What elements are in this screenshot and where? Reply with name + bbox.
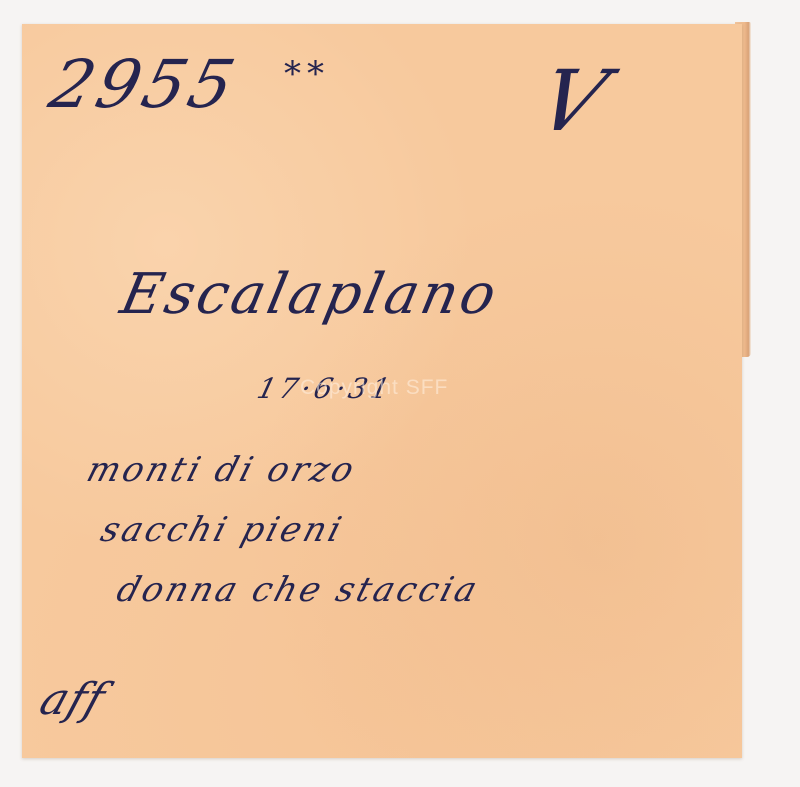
copyright-watermark: Copyright SFF [300, 376, 448, 400]
catalog-number: 2955 [42, 46, 245, 123]
initials: aff [34, 674, 112, 725]
description-line: sacchi pieni [96, 510, 348, 550]
description-line: donna che staccia [112, 570, 484, 610]
place-name: Escalaplano [115, 262, 504, 327]
description-line: monti di orzo [82, 450, 361, 490]
series-letter: V [526, 52, 620, 150]
archival-card: 2955 ** V Escalaplano 17·6·31 Copyright … [22, 24, 742, 758]
catalog-marks: ** [284, 54, 330, 94]
